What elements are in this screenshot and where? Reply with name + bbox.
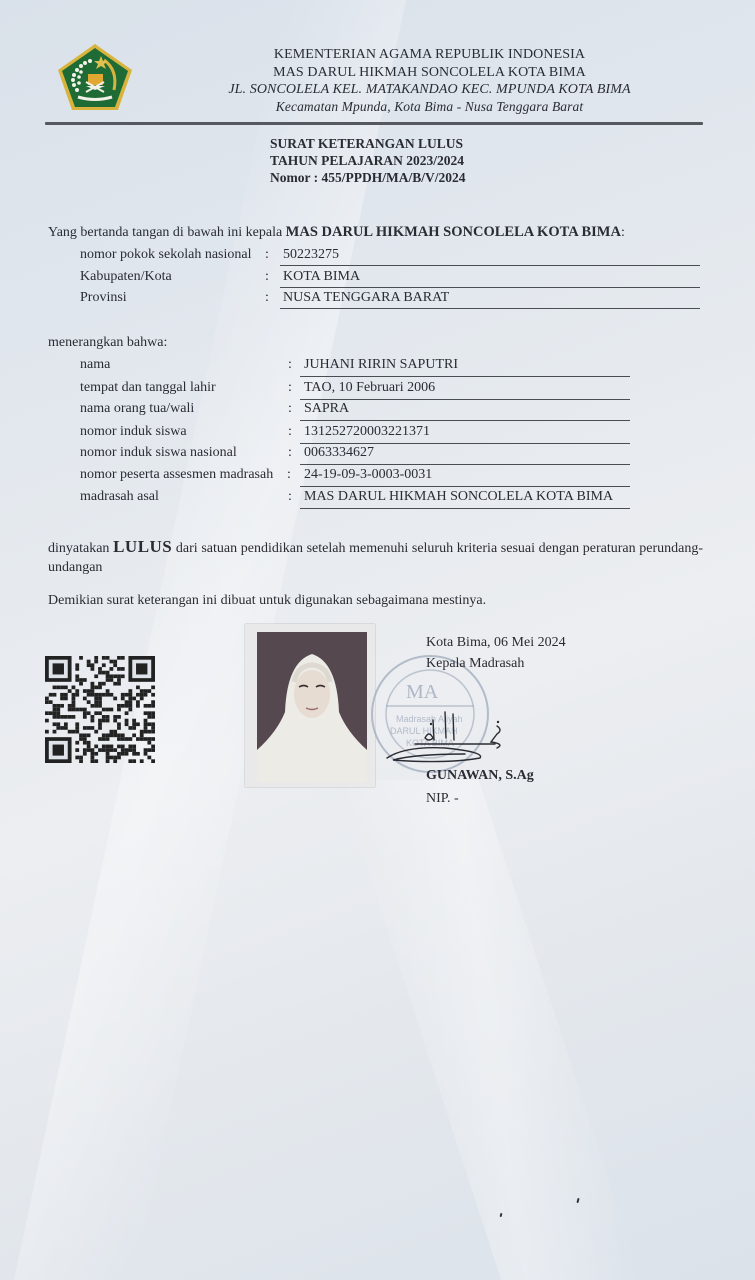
- signature-place-date: Kota Bima, 06 Mei 2024: [426, 635, 566, 651]
- school-info-value: 50223275: [283, 247, 339, 263]
- student-info-label: nama orang tua/wali: [80, 401, 194, 417]
- signature-position: Kepala Madrasah: [426, 656, 524, 672]
- qr-code-icon: [45, 656, 155, 763]
- intro-suffix: :: [621, 225, 625, 240]
- colon: :: [265, 247, 269, 263]
- menerangkan-label: menerangkan bahwa:: [48, 335, 167, 351]
- handwritten-signature-icon: [385, 700, 515, 770]
- student-info-value: TAO, 10 Februari 2006: [304, 380, 435, 396]
- student-info-value: SAPRA: [304, 401, 349, 417]
- document-title: SURAT KETERANGAN LULUS: [270, 136, 463, 152]
- student-info-value: 0063334627: [304, 445, 374, 461]
- colon: :: [265, 269, 269, 285]
- letterhead-ministry: KEMENTERIAN AGAMA REPUBLIK INDONESIA: [52, 47, 755, 63]
- student-info-value: MAS DARUL HIKMAH SONCOLELA KOTA BIMA: [304, 489, 613, 505]
- colon: :: [287, 467, 291, 483]
- graduation-status: LULUS: [113, 537, 172, 556]
- student-photo-frame: [245, 624, 375, 787]
- student-info-label: nomor induk siswa nasional: [80, 445, 237, 461]
- paper-crease: [339, 780, 641, 1280]
- academic-year: TAHUN PELAJARAN 2023/2024: [270, 153, 464, 169]
- colon: :: [288, 424, 292, 440]
- colon: :: [288, 380, 292, 396]
- school-info-value: KOTA BIMA: [283, 269, 360, 285]
- signatory-name: GUNAWAN, S.Ag: [426, 768, 534, 784]
- school-info-label: Kabupaten/Kota: [80, 269, 172, 285]
- intro-school: MAS DARUL HIKMAH SONCOLELA KOTA BIMA: [286, 224, 621, 240]
- value-underline: [300, 464, 630, 465]
- colon: :: [288, 401, 292, 417]
- letterhead-divider: [45, 122, 703, 125]
- student-info-label: nomor induk siswa: [80, 424, 187, 440]
- value-underline: [300, 443, 630, 444]
- value-underline: [300, 508, 630, 509]
- letterhead-region: Kecamatan Mpunda, Kota Bima - Nusa Tengg…: [52, 99, 755, 115]
- school-info-label: nomor pokok sekolah nasional: [80, 247, 251, 263]
- student-info-label: madrasah asal: [80, 489, 159, 505]
- letterhead-school: MAS DARUL HIKMAH SONCOLELA KOTA BIMA: [52, 65, 755, 81]
- value-underline: [280, 308, 700, 309]
- graduation-statement: dinyatakan LULUS dari satuan pendidikan …: [48, 537, 703, 577]
- school-info-label: Provinsi: [80, 290, 127, 306]
- colon: :: [288, 489, 292, 505]
- value-underline: [280, 265, 700, 266]
- statement-prefix: dinyatakan: [48, 541, 109, 556]
- student-info-label: tempat dan tanggal lahir: [80, 380, 216, 396]
- document-number: Nomor : 455/PPDH/MA/B/V/2024: [270, 170, 465, 186]
- intro-statement: Yang bertanda tangan di bawah ini kepala…: [48, 224, 625, 241]
- value-underline: [300, 420, 630, 421]
- student-photo: [257, 632, 367, 782]
- letterhead-address: JL. SONCOLELA KEL. MATAKANDAO KEC. MPUND…: [52, 82, 755, 98]
- colon: :: [288, 357, 292, 373]
- student-info-label: nama: [80, 357, 110, 373]
- student-info-value: 24-19-09-3-0003-0031: [304, 467, 432, 483]
- value-underline: [300, 486, 630, 487]
- student-info-label: nomor peserta assesmen madrasah: [80, 467, 273, 483]
- closing-statement: Demikian surat keterangan ini dibuat unt…: [48, 593, 486, 609]
- value-underline: [300, 399, 630, 400]
- ink-speck: [576, 1198, 579, 1203]
- value-underline: [280, 287, 700, 288]
- school-info-value: NUSA TENGGARA BARAT: [283, 290, 449, 306]
- intro-prefix: Yang bertanda tangan di bawah ini kepala: [48, 225, 282, 240]
- student-info-value: JUHANI RIRIN SAPUTRI: [304, 357, 458, 373]
- ink-speck: [500, 1213, 503, 1217]
- colon: :: [288, 445, 292, 461]
- value-underline: [300, 376, 630, 377]
- colon: :: [265, 290, 269, 306]
- student-info-value: 131252720003221371: [304, 424, 430, 440]
- signatory-nip: NIP. -: [426, 791, 459, 807]
